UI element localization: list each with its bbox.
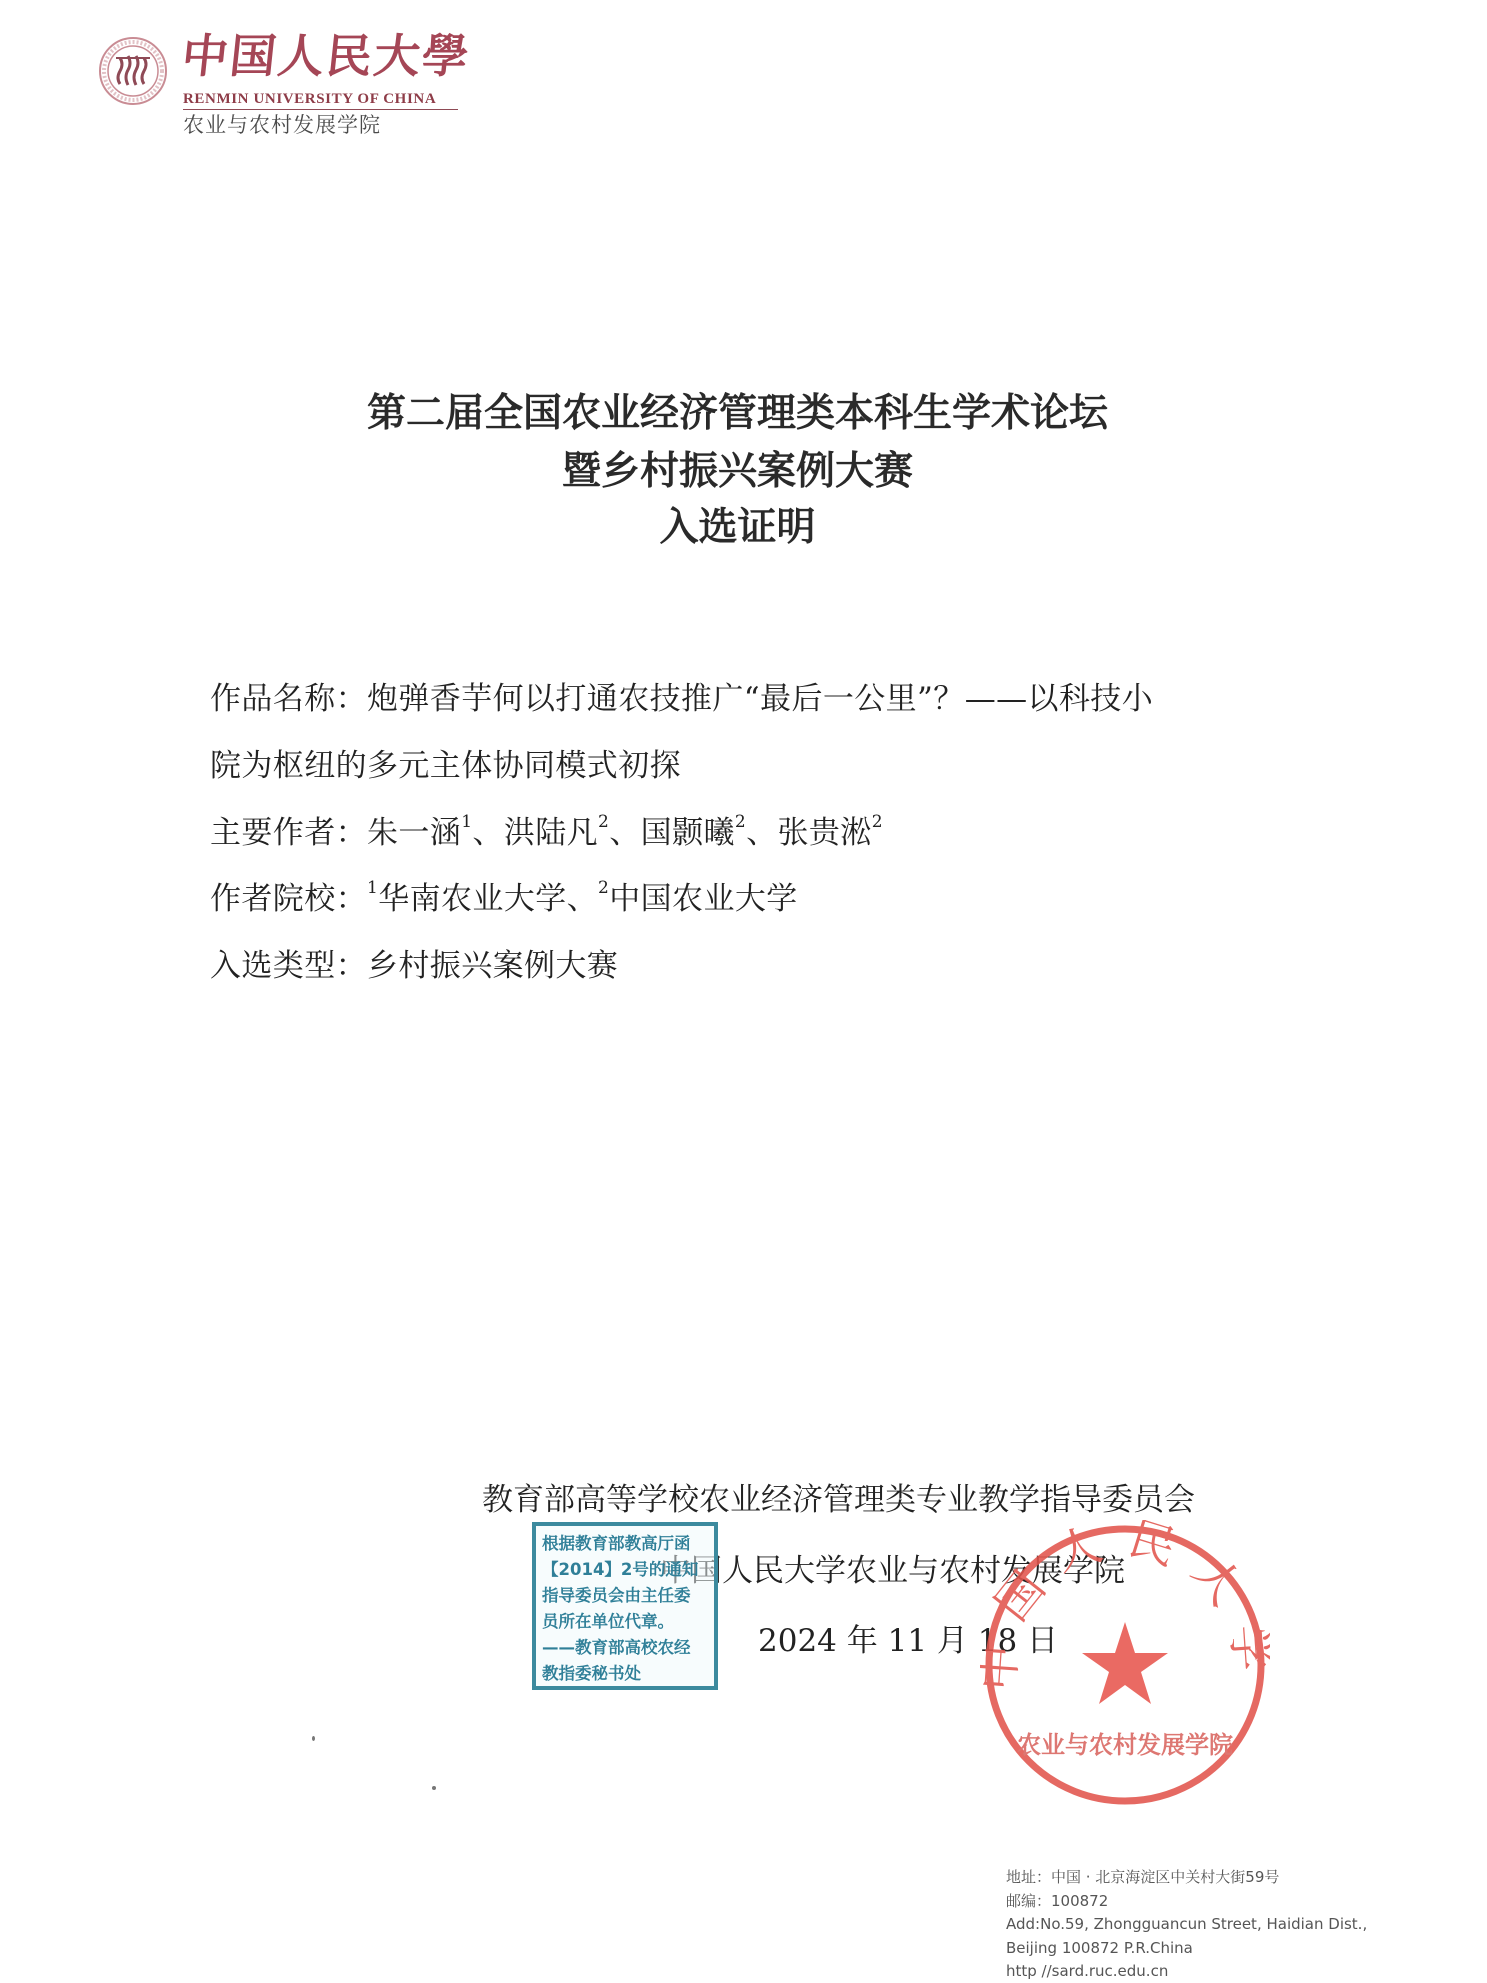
signature-committee: 教育部高等学校农业经济管理类专业教学指导委员会: [482, 1482, 1195, 1518]
university-emblem-icon: [98, 36, 168, 106]
separator: 、: [472, 815, 503, 851]
university-name-en: RENMIN UNIVERSITY OF CHINA: [183, 90, 458, 110]
stamp-line: 指导委员会由主任委: [542, 1583, 710, 1609]
footer-address-en-1: Add:No.59, Zhongguancun Street, Haidian …: [1006, 1913, 1367, 1937]
footer-address: 地址：中国 · 北京海淀区中关村大街59号 邮编：100872 Add:No.5…: [1006, 1866, 1367, 1983]
author-name: 张贵淞: [777, 815, 871, 851]
university-name-cn: 中国人民大學: [179, 28, 473, 84]
institution-affiliation: 2: [598, 878, 609, 898]
footer-address-en-2: Beijing 100872 P.R.China: [1006, 1937, 1367, 1961]
footer-website: http //sard.ruc.edu.cn: [1006, 1960, 1367, 1983]
title-line-3: 入选证明: [0, 506, 1487, 550]
authors-label: 主要作者：: [210, 815, 367, 851]
separator: 、: [567, 881, 598, 917]
author-affiliation: 2: [598, 812, 609, 832]
stamp-line: 员所在单位代章。: [542, 1609, 710, 1635]
red-official-seal: 中国人民大学 农业与农村发展学院: [980, 1520, 1270, 1810]
author-name: 洪陆凡: [504, 815, 598, 851]
title-line-1: 第二届全国农业经济管理类本科生学术论坛: [0, 392, 1487, 436]
author-name: 朱一涵: [367, 815, 461, 851]
stamp-line: 根据教育部教高厅函: [542, 1531, 710, 1557]
title-line-2: 暨乡村振兴案例大赛: [0, 450, 1487, 494]
scan-speck: [312, 1736, 315, 1741]
author-affiliation: 1: [461, 812, 472, 832]
author-name: 国颢曦: [641, 815, 735, 851]
work-label: 作品名称：: [210, 681, 367, 717]
category-label: 入选类型：: [210, 948, 367, 984]
stamp-line: 【2014】2号的通知: [542, 1557, 710, 1583]
stamp-line: 教指委秘书处: [542, 1661, 710, 1687]
category-line: 入选类型：乡村振兴案例大赛: [210, 948, 618, 984]
work-title: 炮弹香芋何以打通农技推广“最后一公里”？——以科技小: [367, 681, 1153, 717]
institution-affiliation: 1: [367, 878, 378, 898]
work-title-line-2: 院为枢纽的多元主体协同模式初探: [210, 748, 681, 784]
institution-name: 华南农业大学: [378, 881, 566, 917]
blue-notice-stamp: 根据教育部教高厅函 【2014】2号的通知 指导委员会由主任委 员所在单位代章。…: [532, 1522, 718, 1690]
author-affiliation: 2: [872, 812, 883, 832]
authors-line: 主要作者：朱一涵1、洪陆凡2、国颢曦2、张贵淞2: [210, 815, 883, 851]
school-name: 农业与农村发展学院: [183, 113, 381, 137]
institutions-label: 作者院校：: [210, 881, 367, 917]
stamp-line: ——教育部高校农经: [542, 1635, 710, 1661]
footer-postcode: 邮编：100872: [1006, 1890, 1367, 1914]
footer-address-cn: 地址：中国 · 北京海淀区中关村大街59号: [1006, 1866, 1367, 1890]
work-title-line-1: 作品名称：炮弹香芋何以打通农技推广“最后一公里”？——以科技小: [210, 681, 1153, 717]
author-affiliation: 2: [735, 812, 746, 832]
separator: 、: [609, 815, 640, 851]
star-icon: [1082, 1622, 1168, 1704]
scan-speck: [432, 1786, 436, 1790]
institution-name: 中国农业大学: [609, 881, 797, 917]
separator: 、: [746, 815, 777, 851]
institutions-line: 作者院校：1华南农业大学、2中国农业大学: [210, 881, 798, 917]
seal-bottom-text: 农业与农村发展学院: [1017, 1731, 1233, 1759]
category-value: 乡村振兴案例大赛: [367, 948, 618, 984]
